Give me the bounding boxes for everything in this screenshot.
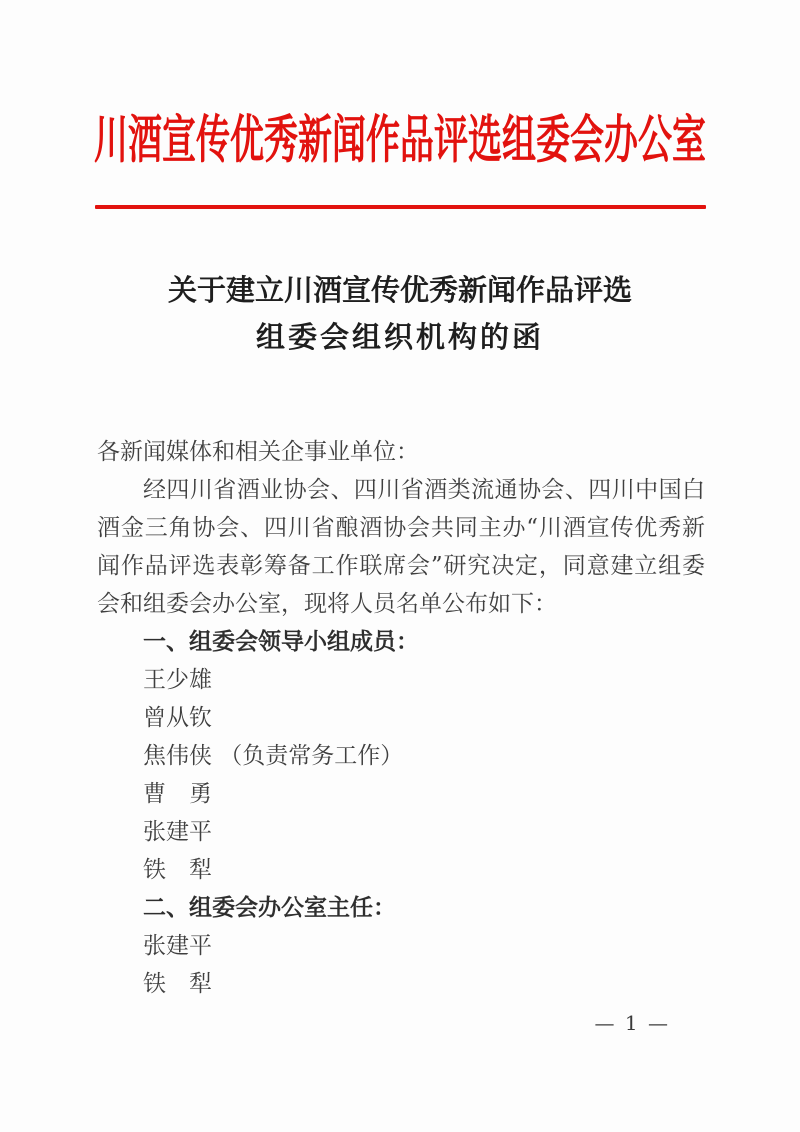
document-title-line2: 组委会组织机构的函 xyxy=(0,314,800,361)
document-page: 川酒宣传优秀新闻作品评选组委会办公室 关于建立川酒宣传优秀新闻作品评选 组委会组… xyxy=(0,0,800,1132)
section2-heading: 二、组委会办公室主任： xyxy=(97,889,705,927)
document-title: 关于建立川酒宣传优秀新闻作品评选 组委会组织机构的函 xyxy=(0,267,800,361)
letterhead-org-name: 川酒宣传优秀新闻作品评选组委会办公室 xyxy=(94,98,706,172)
section1-member: 曾从钦 xyxy=(97,699,705,737)
document-title-line1: 关于建立川酒宣传优秀新闻作品评选 xyxy=(0,267,800,314)
letterhead-banner: 川酒宣传优秀新闻作品评选组委会办公室 xyxy=(0,0,800,172)
intro-paragraph: 经四川省酒业协会、四川省酒类流通协会、四川中国白酒金三角协会、四川省酿酒协会共同… xyxy=(97,471,705,623)
section1-member: 焦伟侠 （负责常务工作） xyxy=(97,737,705,775)
section2-member: 张建平 xyxy=(97,927,705,965)
page-number: — 1 — xyxy=(595,1011,670,1035)
section1-member: 曹 勇 xyxy=(97,775,705,813)
salutation-line: 各新闻媒体和相关企事业单位： xyxy=(97,433,705,471)
letterhead-red-rule xyxy=(95,205,706,209)
section1-member: 张建平 xyxy=(97,813,705,851)
document-body: 各新闻媒体和相关企事业单位： 经四川省酒业协会、四川省酒类流通协会、四川中国白酒… xyxy=(97,433,705,1003)
section1-member: 王少雄 xyxy=(97,661,705,699)
section2-member: 铁 犁 xyxy=(97,965,705,1003)
section1-member: 铁 犁 xyxy=(97,851,705,889)
section1-heading: 一、组委会领导小组成员： xyxy=(97,623,705,661)
